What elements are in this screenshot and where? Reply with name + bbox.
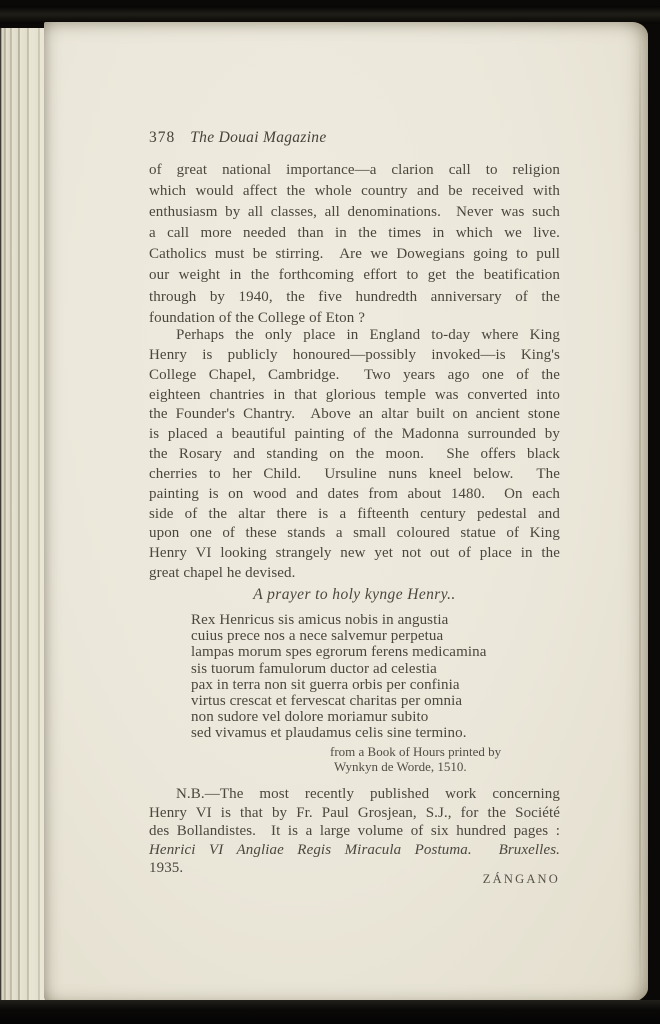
text-line: our weight in the forthcoming effort to … (149, 265, 560, 286)
text-line: Henry is publicly honoured—possibly invo… (149, 346, 560, 366)
text-line: a call more needed than in the times in … (149, 223, 560, 244)
book-cover-bottom-edge (0, 1000, 660, 1024)
prayer-heading: A prayer to holy kynge Henry.. (149, 586, 560, 604)
text-line: cherries to her Child. Ursuline nuns kne… (149, 465, 560, 485)
stacked-page-edges (0, 28, 48, 1010)
prayer-poem: Rex Henricus sis amicus nobis in angusti… (191, 612, 560, 742)
text-line: side of the altar there is a fifteenth c… (149, 505, 560, 525)
text-line: lampas morum spes egrorum ferens medicam… (191, 644, 560, 660)
text-line: which would affect the whole country and… (149, 181, 560, 202)
text-line: great chapel he devised. (149, 564, 560, 584)
page-header: 378 The Douai Magazine (149, 129, 560, 147)
attribution-source: from a Book of Hours printed by (330, 744, 560, 759)
text-line: Rex Henricus sis amicus nobis in angusti… (191, 612, 560, 628)
text-line: the Founder's Chantry. Above an altar bu… (149, 405, 560, 425)
text-line: des Bollandistes. It is a large volume o… (149, 822, 560, 841)
text-line: Henry VI is that by Fr. Paul Grosjean, S… (149, 804, 560, 823)
text-line: upon one of these stands a small coloure… (149, 524, 560, 544)
text-line: painting is on wood and dates from about… (149, 485, 560, 505)
nota-bene-paragraph: N.B.—The most recently published work co… (149, 785, 560, 878)
book-photograph: 378 The Douai Magazine of great national… (0, 0, 660, 1024)
paragraph-continuation: of great national importance—a clarion c… (149, 160, 560, 329)
paragraph-chapel: Perhaps the only place in England to-day… (149, 326, 560, 584)
attribution-printer: Wynkyn de Worde, 1510. (330, 759, 560, 774)
text-line: N.B.—The most recently published work co… (149, 785, 560, 804)
text-line: Henrici VI Angliae Regis Miracula Postum… (149, 841, 560, 860)
text-line: eighteen chantries in that glorious temp… (149, 386, 560, 406)
page-number: 378 (149, 129, 175, 147)
author-signature: ZÁNGANO (149, 872, 560, 887)
text-line: Perhaps the only place in England to-day… (149, 326, 560, 346)
text-line: virtus crescat et fervescat charitas per… (191, 693, 560, 709)
text-line: Catholics must be stirring. Are we Doweg… (149, 244, 560, 265)
text-line: College Chapel, Cambridge. Two years ago… (149, 366, 560, 386)
page-fold-crease (639, 32, 641, 994)
magazine-title: The Douai Magazine (190, 129, 326, 147)
text-line: the Rosary and standing on the moon. She… (149, 445, 560, 465)
text-column: 378 The Douai Magazine of great national… (149, 22, 560, 1004)
text-line: non sudore vel dolore moriamur subito (191, 709, 560, 725)
text-line: is placed a beautiful painting of the Ma… (149, 425, 560, 445)
text-line: pax in terra non sit guerra orbis per co… (191, 677, 560, 693)
text-line: enthusiasm by all classes, all denominat… (149, 202, 560, 223)
book-page: 378 The Douai Magazine of great national… (44, 22, 648, 1004)
prayer-attribution: from a Book of Hours printed by Wynkyn d… (330, 744, 560, 775)
text-line: of great national importance—a clarion c… (149, 160, 560, 181)
text-line: Henry VI looking strangely new yet not o… (149, 544, 560, 564)
text-line: through by 1940, the five hundredth anni… (149, 287, 560, 308)
text-line: cuius prece nos a nece salvemur perpetua (191, 628, 560, 644)
text-line: sed vivamus et plaudamus celis sine term… (191, 725, 560, 741)
text-line: sis tuorum famulorum ductor ad celestia (191, 661, 560, 677)
